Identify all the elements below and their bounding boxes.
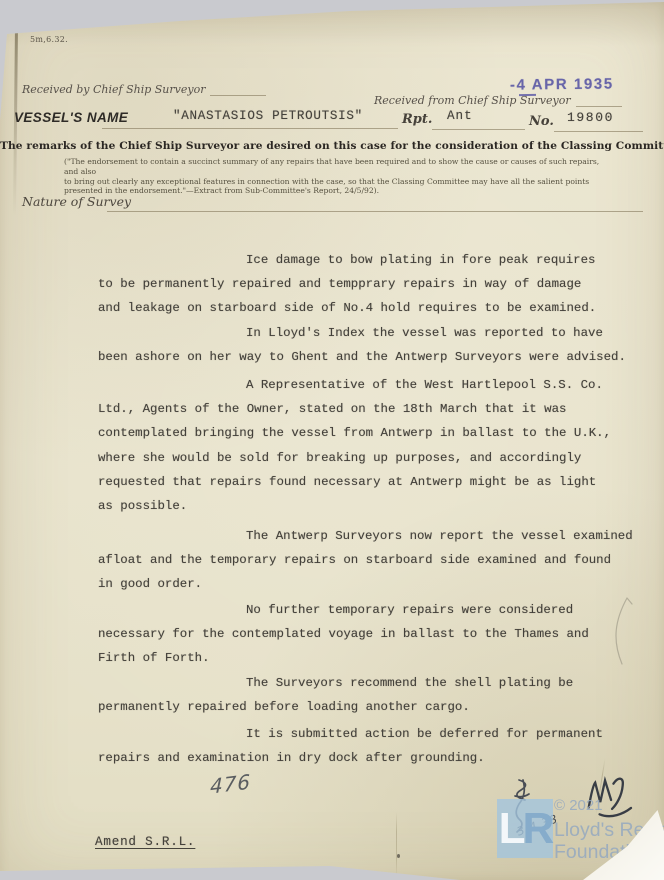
endorsement-note: ("The endorsement to contain a succinct …	[64, 157, 609, 196]
received-from-blank-line	[576, 94, 622, 107]
body-paragraph-1: Ice damage to bow plating in fore peak r…	[98, 248, 648, 321]
nature-of-survey-label: Nature of Survey	[22, 194, 131, 209]
received-by-row: Received by Chief Ship Surveyor	[22, 83, 266, 96]
date-stamp: -4 APR 1935	[510, 75, 636, 93]
received-by-label: Received by Chief Ship Surveyor	[22, 83, 205, 96]
form-print-code: 5m,6.32.	[30, 35, 68, 44]
body-paragraph-2: In Lloyd's Index the vessel was reported…	[98, 321, 648, 369]
vessel-name-underline	[102, 128, 398, 129]
scanned-survey-report: { "page": { "form_code": "5m,6.32.", "st…	[0, 0, 664, 880]
logo-letter-l: L	[499, 807, 523, 851]
handwritten-number: 476	[210, 769, 251, 798]
number-label: No.	[529, 114, 554, 129]
received-from-row: Received from Chief Ship Surveyor	[374, 94, 622, 107]
amend-srl-note: Amend S.R.L.	[95, 835, 195, 849]
watermark-copyright: © 2021	[554, 797, 603, 814]
remarks-heading: The remarks of the Chief Ship Surveyor a…	[0, 140, 664, 152]
body-paragraph-3: A Representative of the West Hartlepool …	[98, 373, 648, 518]
vessel-name-label: VESSEL'S NAME	[14, 110, 128, 125]
received-by-blank-line	[210, 83, 266, 96]
vessel-name-value: "ANASTASIOS PETROUTSIS"	[173, 109, 363, 123]
nature-of-survey-blank-line	[107, 211, 643, 212]
body-paragraph-4: The Antwerp Surveyors now report the ves…	[98, 524, 648, 597]
report-value: Ant	[447, 109, 473, 123]
lr-foundation-logo: LR	[497, 799, 553, 858]
ink-speck	[397, 854, 400, 858]
body-paragraph-5: No further temporary repairs were consid…	[98, 598, 648, 671]
body-paragraph-7: It is submitted action be deferred for p…	[98, 722, 648, 770]
document-page: 5m,6.32. -4 APR 1935 Received by Chief S…	[0, 0, 664, 880]
pencil-mark	[605, 596, 637, 668]
body-paragraph-6: The Surveyors recommend the shell platin…	[98, 671, 648, 719]
report-underline	[432, 129, 525, 130]
received-from-label: Received from Chief Ship Surveyor	[374, 94, 571, 107]
paper-crease	[396, 812, 397, 878]
number-value: 19800	[567, 110, 614, 125]
logo-letter-r: R	[523, 807, 552, 851]
report-label: Rpt.	[402, 112, 432, 127]
number-underline	[554, 131, 643, 132]
